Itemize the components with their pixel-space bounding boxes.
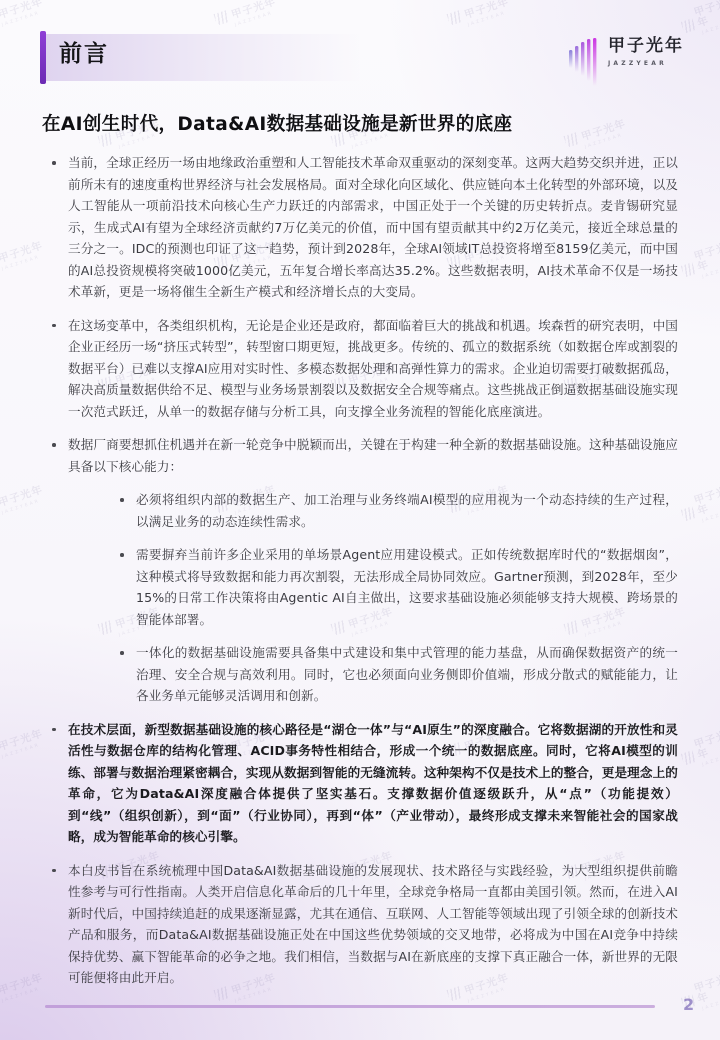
watermark-bars-icon (214, 986, 230, 1001)
bullet-marker-icon (52, 161, 56, 165)
watermark-text: 甲子光年 (0, 0, 44, 20)
bullet-marker-icon (52, 728, 56, 732)
section-title: 前言 (59, 43, 109, 66)
watermark-bars-icon (681, 506, 696, 521)
watermark-text: 甲子光年 (0, 728, 44, 752)
watermark-text: 甲子光年 (693, 972, 720, 1005)
paragraph-text: 在这场变革中，各类组织机构，无论是企业还是政府，都面临着巨大的挑战和机遇。埃森哲… (68, 318, 678, 419)
watermark-bars-icon (214, 10, 230, 25)
watermark: 甲子光年JAZZYEAR (678, 728, 720, 773)
bullet-paragraph: 当前，全球正经历一场由地缘政治重塑和人工智能技术革命双重驱动的深刻变革。这两大趋… (45, 152, 678, 303)
paragraph-text: 必须将组织内部的数据生产、加工治理与业务终端AI模型的应用视为一个动态持续的生产… (136, 492, 678, 529)
bullet-marker-icon (52, 869, 56, 873)
bullet-marker-icon (52, 324, 56, 328)
bullet-paragraph: 一体化的数据基础设施需要具备集中式建设和集中式管理的能力基盘，从而确保数据资产的… (113, 642, 678, 707)
watermark-text: 甲子光年 (0, 484, 44, 508)
watermark-subtext: JAZZYEAR (701, 994, 720, 1011)
section-header-accent-bar (40, 31, 46, 84)
paragraph-text: 需要摒弃当前许多企业采用的单场景Agent应用建设模式。正如传统数据库时代的“数… (136, 547, 678, 627)
bullet-marker-icon (120, 553, 124, 557)
watermark-subtext: JAZZYEAR (467, 986, 506, 1003)
watermark-subtext: JAZZYEAR (1, 498, 40, 515)
watermark-text: 甲子光年 (230, 0, 277, 20)
watermark: 甲子光年JAZZYEAR (0, 971, 46, 1009)
watermark: 甲子光年JAZZYEAR (0, 239, 46, 277)
page-number: 2 (683, 995, 694, 1014)
watermark: 甲子光年JAZZYEAR (0, 0, 46, 33)
watermark: 甲子光年JAZZYEAR (214, 0, 280, 33)
bullet-paragraph: 本白皮书旨在系统梳理中国Data&AI数据基础设施的发展现状、技术路径与实践经验… (45, 860, 678, 989)
bullet-marker-icon (120, 498, 124, 502)
bullet-paragraph: 必须将组织内部的数据生产、加工治理与业务终端AI模型的应用视为一个动态持续的生产… (113, 489, 678, 532)
watermark-text: 甲子光年 (463, 0, 510, 20)
brand-logo: 甲子光年 JAZZYEAR (569, 37, 684, 86)
watermark-bars-icon (681, 750, 696, 765)
watermark-subtext: JAZZYEAR (701, 750, 720, 767)
watermark-subtext: JAZZYEAR (1, 742, 40, 759)
brand-logo-text: 甲子光年 JAZZYEAR (608, 37, 684, 67)
bullet-marker-icon (52, 443, 56, 447)
watermark-subtext: JAZZYEAR (1, 986, 40, 1003)
bullet-marker-icon (120, 651, 124, 655)
watermark-bars-icon (681, 18, 696, 33)
watermark: 甲子光年JAZZYEAR (0, 483, 46, 521)
bullet-paragraph: 需要摒弃当前许多企业采用的单场景Agent应用建设模式。正如传统数据库时代的“数… (113, 544, 678, 630)
brand-name: 甲子光年 (608, 37, 684, 57)
paragraph-text: 当前，全球正经历一场由地缘政治重塑和人工智能技术革命双重驱动的深刻变革。这两大趋… (68, 155, 678, 299)
watermark: 甲子光年JAZZYEAR (678, 240, 720, 285)
watermark-subtext: JAZZYEAR (467, 10, 506, 27)
watermark-subtext: JAZZYEAR (701, 506, 720, 523)
watermark-text: 甲子光年 (693, 728, 720, 761)
watermark: 甲子光年JAZZYEAR (678, 484, 720, 529)
watermark-text: 甲子光年 (0, 240, 44, 264)
footer-divider (45, 1005, 655, 1008)
watermark-text: 甲子光年 (693, 240, 720, 273)
soundbars-logo-icon (569, 38, 599, 86)
watermark-subtext: JAZZYEAR (234, 10, 273, 27)
watermark-bars-icon (447, 986, 463, 1001)
paragraph-text: 本白皮书旨在系统梳理中国Data&AI数据基础设施的发展现状、技术路径与实践经验… (68, 863, 678, 986)
watermark-subtext: JAZZYEAR (1, 10, 40, 27)
bullet-paragraph: 在技术层面，新型数据基础设施的核心路径是“湖仓一体”与“AI原生”的深度融合。它… (45, 719, 678, 848)
paragraph-text: 数据厂商要想抓住机遇并在新一轮竞争中脱颖而出，关键在于构建一种全新的数据基础设施… (68, 437, 678, 474)
watermark: 甲子光年JAZZYEAR (0, 727, 46, 765)
watermark-subtext: JAZZYEAR (701, 262, 720, 279)
watermark-subtext: JAZZYEAR (701, 18, 720, 35)
watermark-text: 甲子光年 (693, 0, 720, 29)
watermark-subtext: JAZZYEAR (234, 986, 273, 1003)
watermark-bars-icon (681, 262, 696, 277)
document-page: 前言 甲子光年 JAZZYEAR 在AI创生时代，Data&AI数据基础设施是新… (0, 0, 720, 1040)
paragraph-list: 当前，全球正经历一场由地缘政治重塑和人工智能技术革命双重驱动的深刻变革。这两大趋… (45, 152, 678, 989)
bullet-paragraph: 在这场变革中，各类组织机构，无论是企业还是政府，都面临着巨大的挑战和机遇。埃森哲… (45, 315, 678, 423)
watermark-subtext: JAZZYEAR (1, 254, 40, 271)
bullet-paragraph: 数据厂商要想抓住机遇并在新一轮竞争中脱颖而出，关键在于构建一种全新的数据基础设施… (45, 434, 678, 477)
watermark-text: 甲子光年 (0, 972, 44, 996)
watermark-bars-icon (447, 10, 463, 25)
brand-subtitle: JAZZYEAR (608, 60, 684, 67)
paragraph-text: 在技术层面，新型数据基础设施的核心路径是“湖仓一体”与“AI原生”的深度融合。它… (68, 722, 678, 845)
watermark: 甲子光年JAZZYEAR (678, 0, 720, 41)
paragraph-text: 一体化的数据基础设施需要具备集中式建设和集中式管理的能力基盘，从而确保数据资产的… (136, 645, 678, 703)
watermark: 甲子光年JAZZYEAR (447, 0, 513, 33)
page-title: 在AI创生时代，Data&AI数据基础设施是新世界的底座 (42, 110, 672, 136)
watermark-text: 甲子光年 (693, 484, 720, 517)
